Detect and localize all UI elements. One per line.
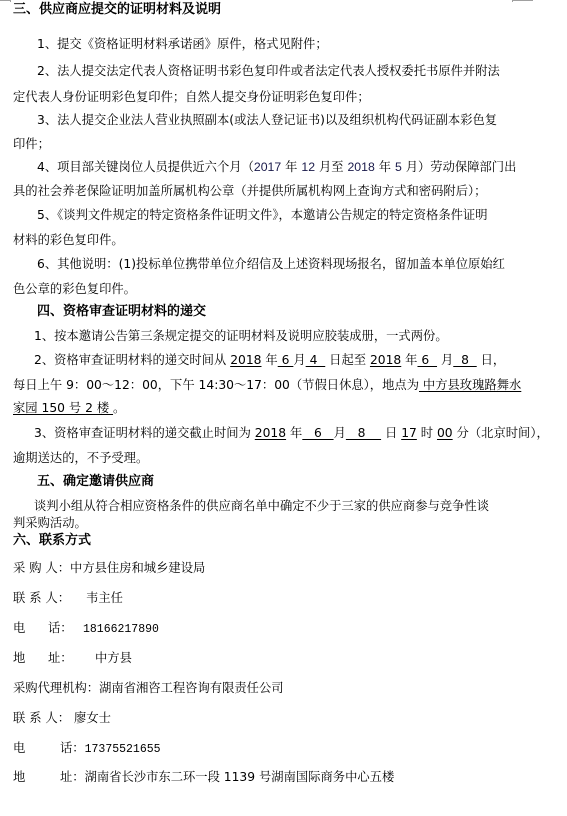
agency-label: 采购代理机构： [13, 681, 99, 695]
item2-time-text: 每日上午 9：00～12：00，下午 14:30～17：00（节假日休息），地点… [13, 378, 419, 392]
section4-item1: 1、按本邀请公告第三条规定提交的证明材料及说明应胶装成册，一式两份。 [34, 328, 448, 344]
phone1-value: 18166217890 [83, 623, 159, 636]
deadline-day: 8 [346, 426, 381, 440]
section3-item4-line2: 具的社会养老保险证明加盖所属机构公章（并提供所属机构网上查询方式和密码附后）； [13, 183, 486, 199]
addr1-value: 中方县 [95, 651, 132, 665]
addr2-value: 湖南省长沙市东二环一段 1139 号湖南国际商务中心五楼 [85, 770, 395, 784]
deadline-month: 6 [302, 426, 333, 440]
section3-item2-line1: 2、法人提交法定代表人资格证明书彩色复印件或者法定代表人授权委托书原件并附法 [37, 63, 500, 79]
item2-text: 年 [261, 353, 277, 367]
section5-body-line1: 谈判小组从符合相应资格条件的供应商名单中确定不少于三家的供应商参与竞争性谈 [34, 498, 489, 514]
contact2-row: 联 系 人：廖女士 [13, 710, 111, 726]
addr2-label-a: 地 [13, 769, 60, 785]
section6-heading: 六、联系方式 [13, 533, 91, 549]
section3-item1: 1、提交《资格证明材料承诺函》原件，格式见附件； [37, 36, 328, 52]
addr2-label-b: 址： [60, 770, 85, 784]
section3-item5-line2: 材料的彩色复印件。 [13, 232, 124, 248]
section3-item6-line2: 色公章的彩色复印件。 [13, 281, 136, 297]
corner-mark-line [512, 0, 533, 1]
item4-month1: 12 [301, 160, 315, 174]
item2-text: 月 [293, 353, 305, 367]
purchaser-value: 中方县住房和城乡建设局 [70, 561, 205, 575]
agency-value: 湖南省湘咨工程咨询有限责任公司 [99, 681, 283, 695]
addr1-label-a: 地 [13, 650, 48, 666]
section4-item2-line1: 2、资格审查证明材料的递交时间从 2018 年 6 月 4 日起至 2018 年… [34, 352, 505, 368]
contact1-label: 联 系 人： [13, 591, 70, 605]
contact2-value: 廖女士 [74, 711, 111, 725]
item4-suffix: 月）劳动保障部门出 [402, 160, 517, 174]
item3-text: 分（北京时间）， [453, 426, 549, 440]
phone1-label-a: 电 [13, 620, 48, 636]
agency-row: 采购代理机构：湖南省湘咨工程咨询有限责任公司 [13, 680, 284, 696]
item4-text: 年 [281, 160, 301, 174]
item2-end: 。 [113, 401, 125, 415]
section5-heading: 五、确定邀请供应商 [37, 474, 154, 490]
contact1-row: 联 系 人：韦主任 [13, 590, 123, 606]
address1-row: 地址：中方县 [13, 650, 132, 666]
phone2-label-a: 电 [13, 740, 60, 756]
item2-text: 日起至 [325, 353, 370, 367]
item3-text: 年 [286, 426, 302, 440]
section3-item4-line1: 4、项目部关键岗位人员提供近六个月（2017 年 12 月至 2018 年 5 … [37, 159, 516, 175]
item4-year1: 2017 [254, 160, 281, 174]
section3-item3-line1: 3、法人提交企业法人营业执照副本(或法人登记证书)以及组织机构代码证副本彩色复 [37, 112, 497, 128]
purchaser-row: 采 购 人：中方县住房和城乡建设局 [13, 560, 205, 576]
purchaser-label: 采 购 人： [13, 561, 70, 575]
phone1-row: 电话：18166217890 [13, 620, 159, 638]
section3-heading: 三、供应商应提交的证明材料及说明 [13, 2, 221, 18]
section4-item3-line2: 逾期送达的，不予受理。 [13, 450, 148, 466]
section3-item3-line2: 印件； [13, 136, 50, 152]
deadline-hour: 17 [401, 426, 417, 440]
section4-item2-line3: 家园 150 号 2 楼 。 [13, 400, 125, 416]
location-part1: 中方县玫瑰路舞水 [419, 378, 521, 392]
item3-text: 时 [417, 426, 437, 440]
item4-text: 年 [375, 160, 395, 174]
section3-item6-line1: 6、其他说明：(1)投标单位携带单位介绍信及上述资料现场报名，留加盖本单位原始红 [37, 256, 505, 272]
item3-text: 日 [381, 426, 401, 440]
contact2-label: 联 系 人： [13, 711, 70, 725]
corner-mark-line [512, 0, 513, 2]
deadline-year: 2018 [255, 426, 286, 440]
start-day: 4 [306, 353, 326, 367]
address2-row: 地址：湖南省长沙市东二环一段 1139 号湖南国际商务中心五楼 [13, 769, 394, 785]
section4-item3-line1: 3、资格审查证明材料的递交截止时间为 2018 年 6 月 8 日 17 时 0… [34, 425, 549, 441]
end-month: 6 [417, 353, 437, 367]
deadline-minute: 00 [437, 426, 453, 440]
item2-prefix: 2、资格审查证明材料的递交时间从 [34, 353, 230, 367]
section5-body-line2: 判采购活动。 [13, 515, 87, 531]
section4-item2-line2: 每日上午 9：00～12：00，下午 14:30～17：00（节假日休息），地点… [13, 377, 521, 393]
item4-prefix: 4、项目部关键岗位人员提供近六个月（ [37, 160, 254, 174]
item4-month2: 5 [395, 160, 402, 174]
addr1-label-b: 址： [48, 650, 95, 666]
section3-item2-line2: 定代表人身份证明彩色复印件；自然人提交身份证明彩色复印件； [13, 89, 370, 105]
phone2-label-b: 话： [60, 741, 85, 755]
phone2-value: 17375521655 [85, 743, 161, 756]
item3-text: 月 [334, 426, 346, 440]
phone2-row: 电话：17375521655 [13, 740, 161, 758]
corner-mark-line [10, 0, 11, 2]
section3-item5-line1: 5、《谈判文件规定的特定资格条件证明文件》，本邀请公告规定的特定资格条件证明 [37, 207, 488, 223]
start-month: 6 [278, 353, 294, 367]
end-year: 2018 [370, 353, 401, 367]
item3-prefix: 3、资格审查证明材料的递交截止时间为 [34, 426, 255, 440]
section4-heading: 四、资格审查证明材料的递交 [37, 304, 206, 320]
start-year: 2018 [230, 353, 261, 367]
location-part2: 家园 150 号 2 楼 [13, 401, 113, 415]
end-day: 8 [453, 353, 476, 367]
item2-text: 年 [401, 353, 417, 367]
item2-text: 日， [477, 353, 506, 367]
item4-text: 月至 [315, 160, 347, 174]
item2-text: 月 [437, 353, 453, 367]
contact1-value: 韦主任 [86, 591, 123, 605]
item4-year2: 2018 [347, 160, 374, 174]
phone1-label-b: 话： [48, 620, 83, 636]
